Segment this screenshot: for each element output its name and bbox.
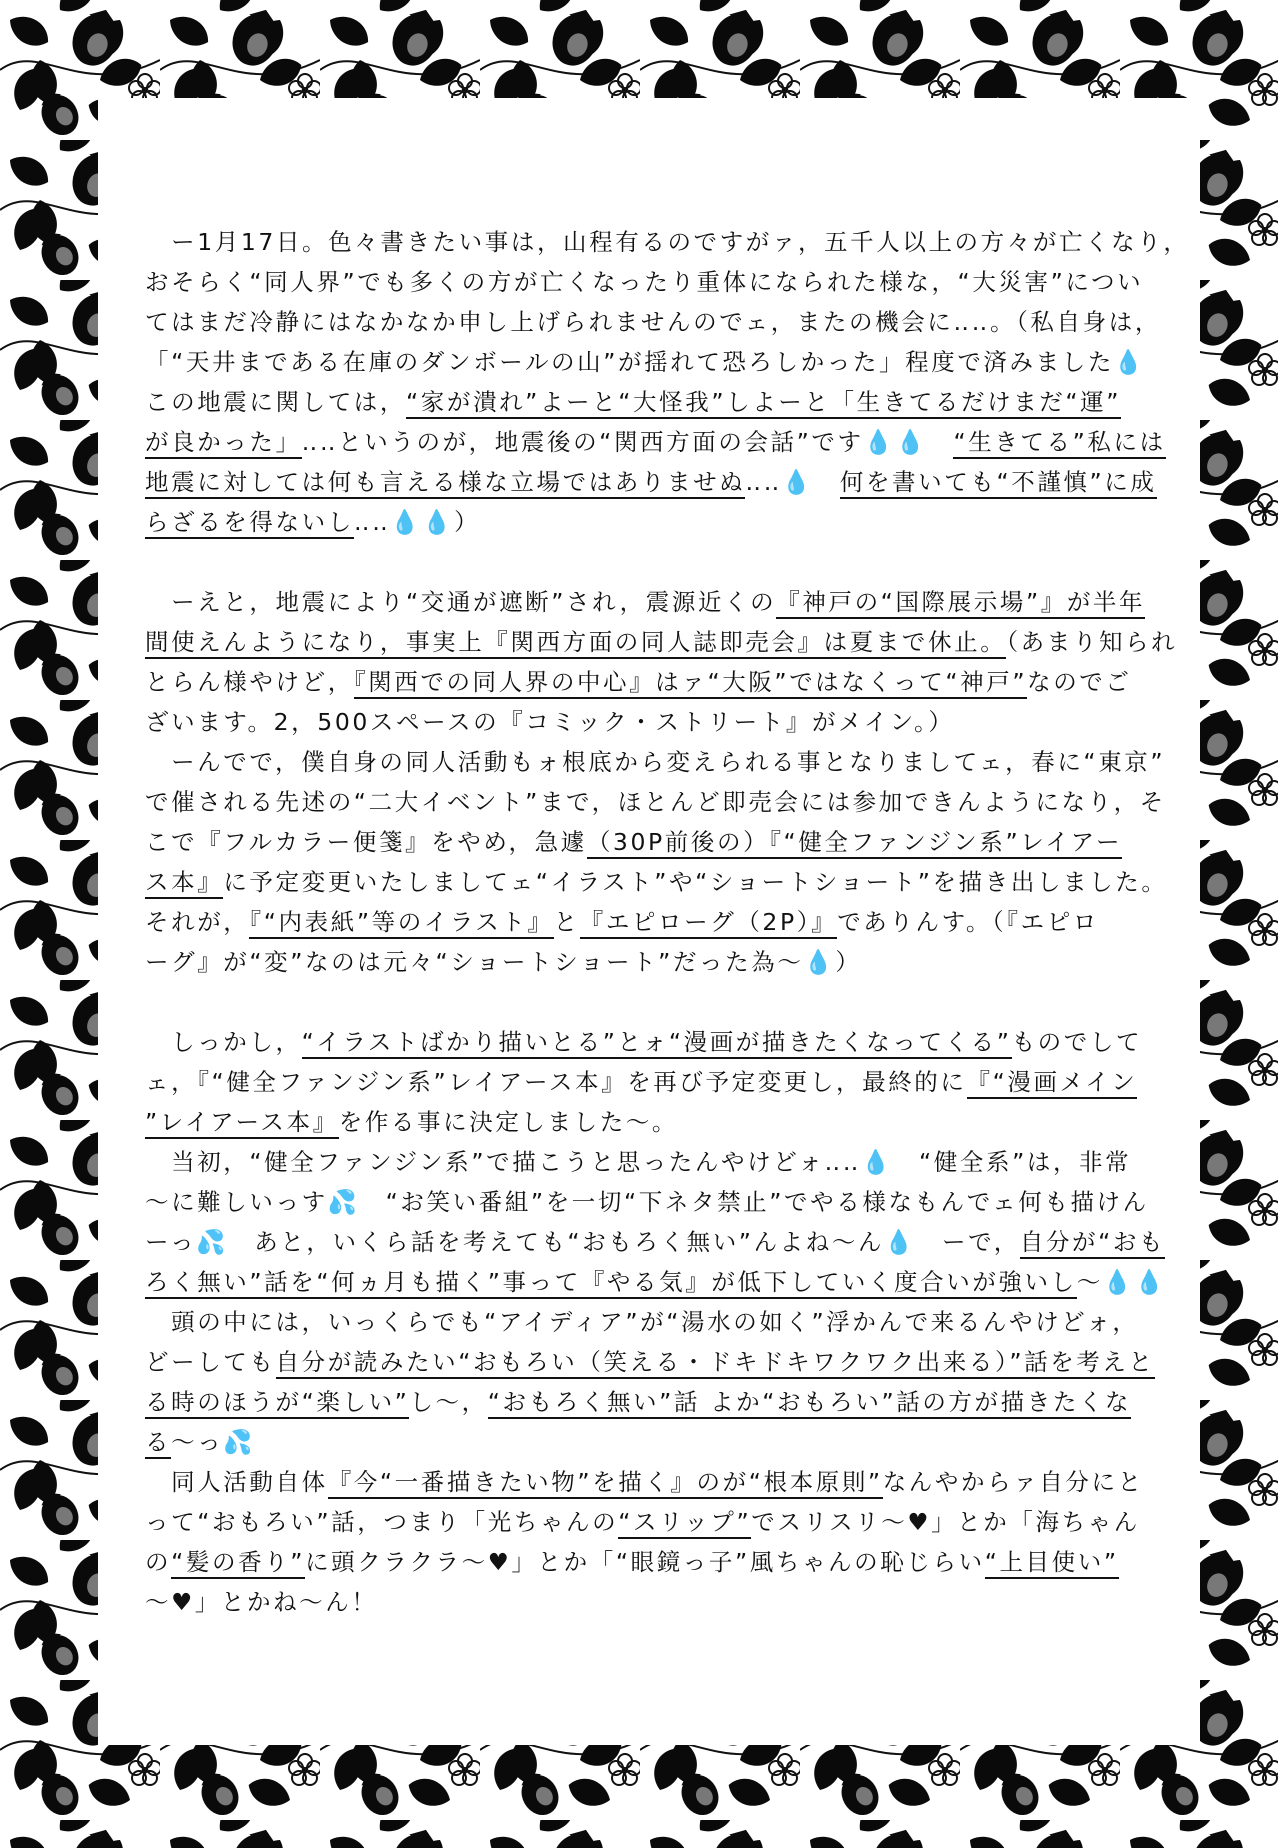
text-segment: ーっ💦 あと，いくら話を考えても“おもろく無い”んよね〜ん💧 ーで， <box>145 1228 1020 1256</box>
text-segment: ‥‥💧💧） <box>354 508 480 536</box>
text-segment: を作る事に決定しました〜。 <box>339 1108 678 1136</box>
text-segment: ‥‥というのが，地震後の“関西方面の会話”です💧💧 <box>302 428 954 456</box>
text-line: 〜に難しいっす💦 “お笑い番組”を一切“下ネタ禁止”でやる様なもんでェ何も描けん <box>145 1182 1155 1222</box>
text-line: 地震に対しては何も言える様な立場ではありませぬ‥‥💧 何を書いても“不謹慎”に成 <box>145 462 1155 502</box>
text-line: が良かった」‥‥というのが，地震後の“関西方面の会話”です💧💧 “生きてる”私に… <box>145 422 1155 462</box>
underlined-text: 『“内表紙”等のイラスト』 <box>249 908 553 939</box>
underlined-text: 自分が読みたい“おもろい（笑える・ドキドキワクワク出来る）”話を考えと <box>276 1348 1155 1379</box>
underlined-text: 地震に対しては何も言える様な立場ではありませぬ <box>145 468 745 499</box>
text-line: とらん様やけど，『関西での同人界の中心』はァ“大阪”ではなくって“神戸”なのでご <box>145 662 1155 702</box>
text-line: どーしても自分が読みたい“おもろい（笑える・ドキドキワクワク出来る）”話を考えと <box>145 1342 1155 1382</box>
text-segment: 頭の中には，いっくらでも“アイディア”が“湯水の如く”浮かんで来るんやけどォ， <box>145 1308 1139 1336</box>
text-line: ざいます。2，500スペースの『コミック・ストリート』がメイン。） <box>145 702 1155 742</box>
scanned-page: ー1月17日。色々書きたい事は，山程有るのですがァ，五千人以上の方々が亡くなり，… <box>0 0 1280 1848</box>
text-line: 当初，“健全ファンジン系”で描こうと思ったんやけどォ‥‥💧 “健全系”は，非常 <box>145 1142 1155 1182</box>
text-line: 頭の中には，いっくらでも“アイディア”が“湯水の如く”浮かんで来るんやけどォ， <box>145 1302 1155 1342</box>
text-line: ろく無い”話を“何ヵ月も描く”事って『やる気』が低下していく度合いが強いし〜💧💧 <box>145 1262 1155 1302</box>
text-segment: それが， <box>145 908 249 936</box>
text-segment: ものでして <box>1012 1028 1143 1056</box>
underlined-text: ”レイアース本』 <box>145 1108 339 1139</box>
blank-line <box>145 542 1155 582</box>
underlined-text: “髪の香り” <box>171 1548 305 1579</box>
text-segment: しっかし， <box>145 1028 302 1056</box>
text-segment: おそらく“同人界”でも多くの方が亡くなったり重体になられた様な，“大災害”につい <box>145 268 1143 296</box>
text-segment: 〜に難しいっす💦 “お笑い番組”を一切“下ネタ禁止”でやる様なもんでェ何も描けん <box>145 1188 1149 1216</box>
text-line: ス本』に予定変更いたしましてェ“イラスト”や“ショートショート”を描き出しました… <box>145 862 1155 902</box>
text-line: ーんでで，僕自身の同人活動もォ根底から変えられる事となりましてェ，春に“東京” <box>145 742 1155 782</box>
text-line: こで『フルカラー便箋』をやめ，急遽（30P前後の）『“健全ファンジン系”レイアー <box>145 822 1155 862</box>
underlined-text: 『神戸の“国際展示場”』が半年 <box>776 588 1145 619</box>
text-line: しっかし，“イラストばかり描いとる”とォ“漫画が描きたくなってくる”ものでして <box>145 1022 1155 1062</box>
text-segment: 〜♥」とかね〜ん！ <box>145 1588 377 1616</box>
text-segment: ーえと，地震により“交通が遮断”され，震源近くの <box>145 588 776 616</box>
underlined-text: “おもろく無い”話 よか“おもろい”話の方が描きたくな <box>488 1388 1131 1419</box>
text-line: る〜っ💦 <box>145 1422 1155 1462</box>
text-segment: 同人活動自体 <box>145 1468 328 1496</box>
underlined-text: らざるを得ないし <box>145 508 354 539</box>
underlined-text: “生きてる”私には <box>953 428 1165 459</box>
text-segment: 〜💧💧 <box>1077 1268 1167 1296</box>
text-segment: なんやからァ自分にと <box>883 1468 1144 1496</box>
underlined-text: が良かった」 <box>145 428 302 459</box>
text-segment: 当初，“健全ファンジン系”で描こうと思ったんやけどォ‥‥💧 “健全系”は，非常 <box>145 1148 1131 1176</box>
text-segment: ざいます。2，500スペースの『コミック・ストリート』がメイン。） <box>145 708 954 736</box>
text-line: ーっ💦 あと，いくら話を考えても“おもろく無い”んよね〜ん💧 ーで，自分が“おも <box>145 1222 1155 1262</box>
underlined-text: る時のほうが“楽しい” <box>145 1388 409 1419</box>
article-body: ー1月17日。色々書きたい事は，山程有るのですがァ，五千人以上の方々が亡くなり，… <box>145 222 1155 1622</box>
text-segment: てはまだ冷静にはなかなか申し上げられませんのでェ，またの機会に‥‥。（私自身は， <box>145 308 1161 336</box>
text-line: の“髪の香り”に頭クラクラ〜♥」とか「“眼鏡っ子”風ちゃんの恥じらい“上目使い” <box>145 1542 1155 1582</box>
text-line: てはまだ冷静にはなかなか申し上げられませんのでェ，またの機会に‥‥。（私自身は， <box>145 302 1155 342</box>
text-line: ー1月17日。色々書きたい事は，山程有るのですがァ，五千人以上の方々が亡くなり， <box>145 222 1155 262</box>
underlined-text: る <box>145 1428 171 1459</box>
text-segment: 〜っ💦 <box>171 1428 255 1456</box>
text-segment: で催される先述の“二大イベント”まで，ほとんど即売会には参加できんようになり，そ <box>145 788 1166 816</box>
text-segment: って“おもろい”話，つまり「光ちゃんの <box>145 1508 618 1536</box>
text-line: 「“天井まである在庫のダンボールの山”が揺れて恐ろしかった」程度で済みました💧 <box>145 342 1155 382</box>
text-segment: に頭クラクラ〜♥」とか「“眼鏡っ子”風ちゃんの恥じらい <box>305 1548 985 1576</box>
text-segment: ーグ』が“変”なのは元々“ショートショート”だった為〜💧） <box>145 948 861 976</box>
text-segment: と <box>554 908 580 936</box>
text-line: で催される先述の“二大イベント”まで，ほとんど即売会には参加できんようになり，そ <box>145 782 1155 822</box>
underlined-text: 『関西での同人界の中心』はァ“大阪”ではなくって“神戸” <box>354 668 1027 699</box>
paragraph: ーんでで，僕自身の同人活動もォ根底から変えられる事となりましてェ，春に“東京”で… <box>145 742 1155 982</box>
text-segment: し〜， <box>409 1388 487 1416</box>
underlined-text: 何を書いても“不謹慎”に成 <box>840 468 1157 499</box>
text-segment: ェ，『“健全ファンジン系”レイアース本』を再び予定変更し，最終的に <box>145 1068 967 1096</box>
underlined-text: “イラストばかり描いとる”とォ“漫画が描きたくなってくる” <box>302 1028 1012 1059</box>
text-segment: とらん様やけど， <box>145 668 354 696</box>
text-line: ”レイアース本』を作る事に決定しました〜。 <box>145 1102 1155 1142</box>
paragraph: しっかし，“イラストばかり描いとる”とォ“漫画が描きたくなってくる”ものでしてェ… <box>145 1022 1155 1142</box>
text-segment: （あまり知られ <box>1006 628 1177 656</box>
text-segment: の <box>145 1548 171 1576</box>
text-segment: なのでご <box>1027 668 1131 696</box>
underlined-text: “上目使い” <box>985 1548 1119 1579</box>
paragraph: 同人活動自体『今“一番描きたい物”を描く』のが“根本原則”なんやからァ自分にとっ… <box>145 1462 1155 1622</box>
text-segment: この地震に関しては， <box>145 388 406 416</box>
text-line: 〜♥」とかね〜ん！ <box>145 1582 1155 1622</box>
text-line: おそらく“同人界”でも多くの方が亡くなったり重体になられた様な，“大災害”につい <box>145 262 1155 302</box>
paragraph: 頭の中には，いっくらでも“アイディア”が“湯水の如く”浮かんで来るんやけどォ，ど… <box>145 1302 1155 1462</box>
text-segment: でありんす。（『エピロ <box>837 908 1099 936</box>
text-line: ェ，『“健全ファンジン系”レイアース本』を再び予定変更し，最終的に『“漫画メイン <box>145 1062 1155 1102</box>
text-line: 間使えんようになり，事実上『関西方面の同人誌即売会』は夏まで休止。（あまり知られ <box>145 622 1155 662</box>
underlined-text: 『“漫画メイン <box>967 1068 1138 1099</box>
text-line: ーえと，地震により“交通が遮断”され，震源近くの『神戸の“国際展示場”』が半年 <box>145 582 1155 622</box>
text-line: って“おもろい”話，つまり「光ちゃんの“スリップ”でスリスリ〜♥」とか「海ちゃん <box>145 1502 1155 1542</box>
text-segment: こで『フルカラー便箋』をやめ，急遽 <box>145 828 587 856</box>
text-line: る時のほうが“楽しい”し〜，“おもろく無い”話 よか“おもろい”話の方が描きたく… <box>145 1382 1155 1422</box>
blank-line <box>145 982 1155 1022</box>
text-line: この地震に関しては，“家が潰れ”よーと“大怪我”しよーと「生きてるだけまだ“運” <box>145 382 1155 422</box>
text-segment: 「“天井まである在庫のダンボールの山”が揺れて恐ろしかった」程度で済みました💧 <box>145 348 1146 376</box>
text-segment: ー1月17日。色々書きたい事は，山程有るのですがァ，五千人以上の方々が亡くなり， <box>145 228 1189 256</box>
underlined-text: 間使えんようになり，事実上『関西方面の同人誌即売会』は夏まで休止。 <box>145 628 1006 659</box>
text-segment: どーしても <box>145 1348 276 1376</box>
text-line: 同人活動自体『今“一番描きたい物”を描く』のが“根本原則”なんやからァ自分にと <box>145 1462 1155 1502</box>
paragraph: ーえと，地震により“交通が遮断”され，震源近くの『神戸の“国際展示場”』が半年間… <box>145 582 1155 742</box>
text-line: らざるを得ないし‥‥💧💧） <box>145 502 1155 542</box>
text-segment: に予定変更いたしましてェ“イラスト”や“ショートショート”を描き出しました。 <box>223 868 1167 896</box>
underlined-text: 『今“一番描きたい物”を描く』のが“根本原則” <box>328 1468 883 1499</box>
text-line: ーグ』が“変”なのは元々“ショートショート”だった為〜💧） <box>145 942 1155 982</box>
underlined-text: （30P前後の）『“健全ファンジン系”レイアー <box>587 828 1122 859</box>
underlined-text: “スリップ” <box>618 1508 751 1539</box>
text-segment: ‥‥💧 <box>745 468 840 496</box>
underlined-text: 『エピローグ（2P）』 <box>580 908 837 939</box>
paragraph: ー1月17日。色々書きたい事は，山程有るのですがァ，五千人以上の方々が亡くなり，… <box>145 222 1155 542</box>
underlined-text: ろく無い”話を“何ヵ月も描く”事って『やる気』が低下していく度合いが強いし <box>145 1268 1077 1299</box>
text-line: それが，『“内表紙”等のイラスト』と『エピローグ（2P）』でありんす。（『エピロ <box>145 902 1155 942</box>
underlined-text: 自分が“おも <box>1020 1228 1165 1259</box>
paragraph: 当初，“健全ファンジン系”で描こうと思ったんやけどォ‥‥💧 “健全系”は，非常〜… <box>145 1142 1155 1302</box>
underlined-text: “家が潰れ”よーと“大怪我”しよーと「生きてるだけまだ“運” <box>406 388 1121 419</box>
text-segment: でスリスリ〜♥」とか「海ちゃん <box>751 1508 1140 1536</box>
text-segment: ーんでで，僕自身の同人活動もォ根底から変えられる事となりましてェ，春に“東京” <box>145 748 1165 776</box>
underlined-text: ス本』 <box>145 868 223 899</box>
